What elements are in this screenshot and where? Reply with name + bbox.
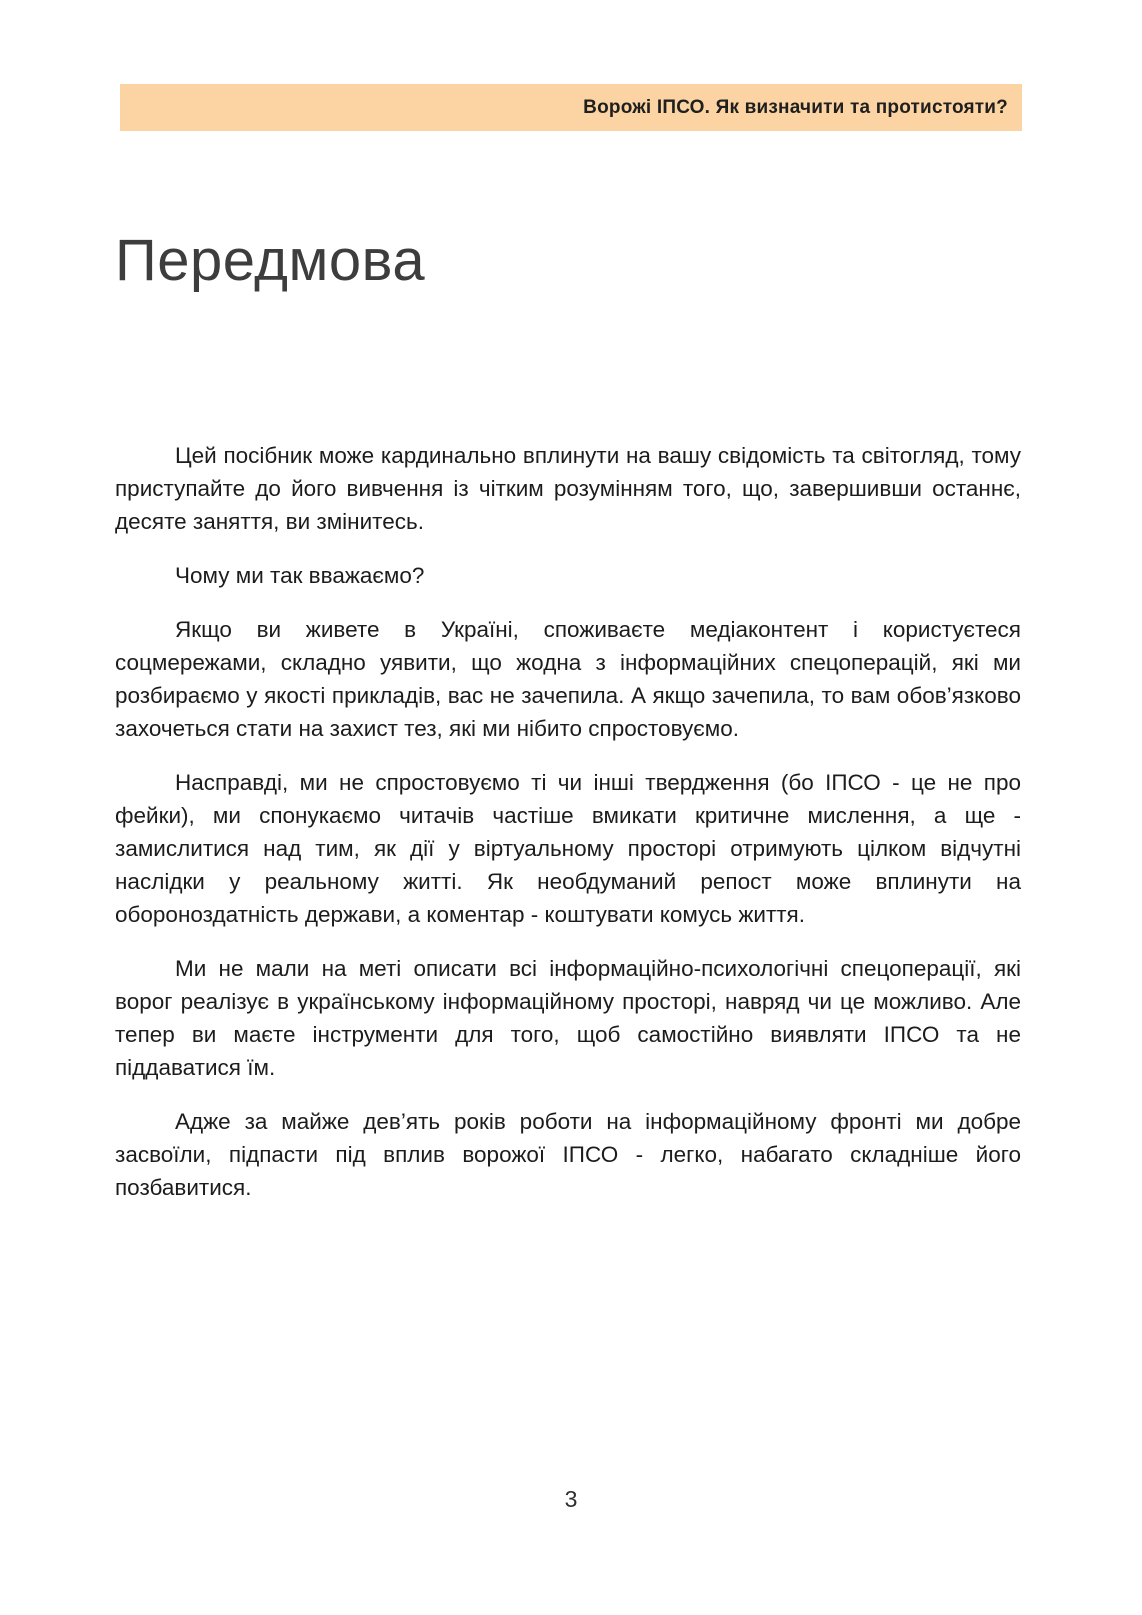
page-number: 3	[0, 1486, 1142, 1513]
document-page: Ворожі ІПСО. Як визначити та протистояти…	[0, 0, 1142, 1615]
paragraph: Адже за майже дев’ять років роботи на ін…	[115, 1105, 1021, 1204]
running-header-title: Ворожі ІПСО. Як визначити та протистояти…	[583, 97, 1008, 119]
running-header-banner: Ворожі ІПСО. Як визначити та протистояти…	[120, 84, 1022, 131]
paragraph: Цей посібник може кардинально вплинути н…	[115, 439, 1021, 538]
paragraph: Насправді, ми не спростовуємо ті чи інші…	[115, 766, 1021, 931]
body-text: Цей посібник може кардинально вплинути н…	[115, 439, 1021, 1204]
paragraph: Ми не мали на меті описати всі інформаці…	[115, 952, 1021, 1084]
paragraph: Якщо ви живете в Україні, споживаєте мед…	[115, 613, 1021, 745]
page-content: Передмова Цей посібник може кардинально …	[115, 228, 1021, 1225]
paragraph: Чому ми так вважаємо?	[115, 559, 1021, 592]
chapter-title: Передмова	[115, 228, 1021, 294]
